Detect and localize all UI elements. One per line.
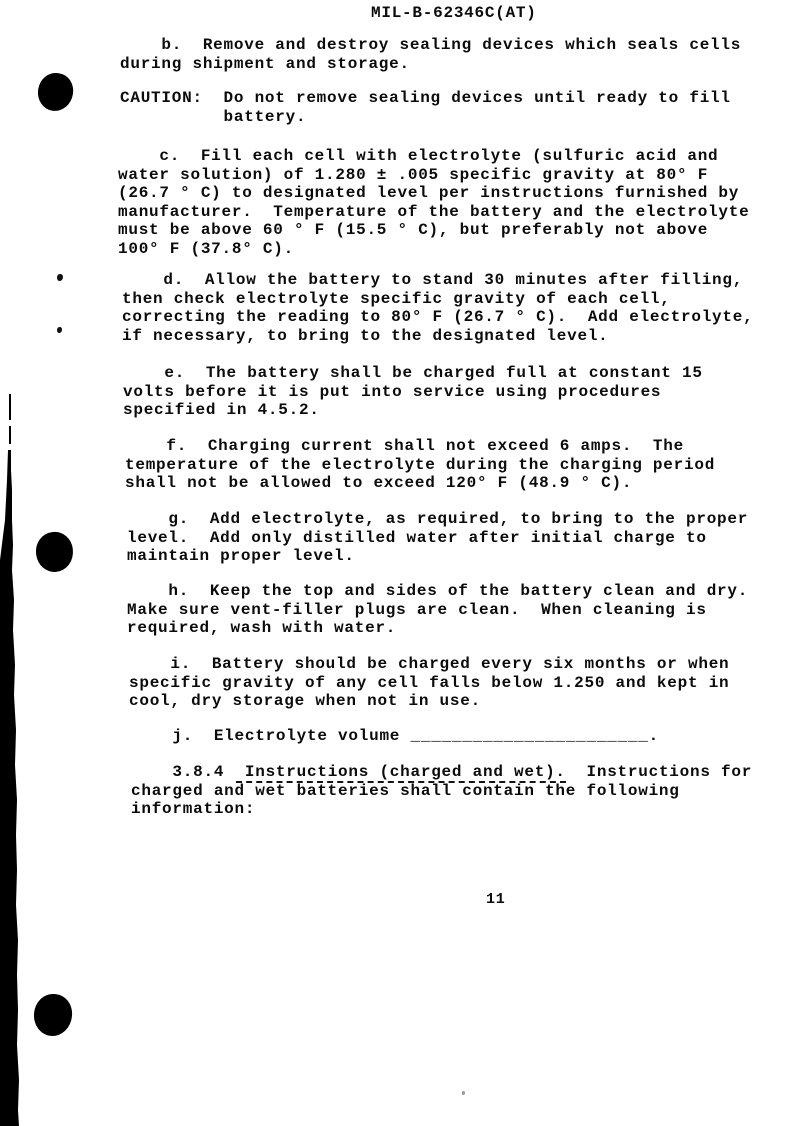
- paragraph-item-j: j. Electrolyte volume __________________…: [131, 727, 659, 746]
- scanned-document-page: MIL-B-62346C(AT) b. Remove and destroy s…: [0, 0, 794, 1126]
- paragraph-item-f: f. Charging current shall not exceed 6 a…: [125, 437, 715, 493]
- ink-speck: [462, 1091, 465, 1095]
- paragraph-item-c: c. Fill each cell with electrolyte (sulf…: [118, 147, 749, 259]
- ink-speck: [57, 274, 63, 281]
- caution-note: CAUTION: Do not remove sealing devices u…: [120, 89, 731, 126]
- hole-punch-middle: [34, 530, 75, 574]
- paragraph-item-i: i. Battery should be charged every six m…: [129, 655, 729, 711]
- paragraph-item-e: e. The battery shall be charged full at …: [123, 364, 703, 420]
- hole-punch-top: [36, 71, 76, 114]
- page-number: 11: [486, 891, 506, 910]
- paragraph-item-d: d. Allow the battery to stand 30 minutes…: [122, 271, 753, 345]
- ink-speck: [57, 327, 62, 333]
- hole-punch-bottom: [33, 993, 74, 1038]
- section-number: 3.8.4: [131, 763, 245, 781]
- section-heading-underlined: Instructions (charged and wet).: [236, 763, 566, 783]
- paragraph-item-g: g. Add electrolyte, as required, to brin…: [127, 510, 748, 566]
- paragraph-section-3-8-4: 3.8.4 Instructions (charged and wet). In…: [131, 763, 752, 819]
- document-id-header: MIL-B-62346C(AT): [371, 4, 537, 23]
- paragraph-item-h: h. Keep the top and sides of the battery…: [127, 582, 748, 638]
- paragraph-item-b: b. Remove and destroy sealing devices wh…: [120, 36, 741, 73]
- binder-edge-artifact: [0, 0, 24, 1126]
